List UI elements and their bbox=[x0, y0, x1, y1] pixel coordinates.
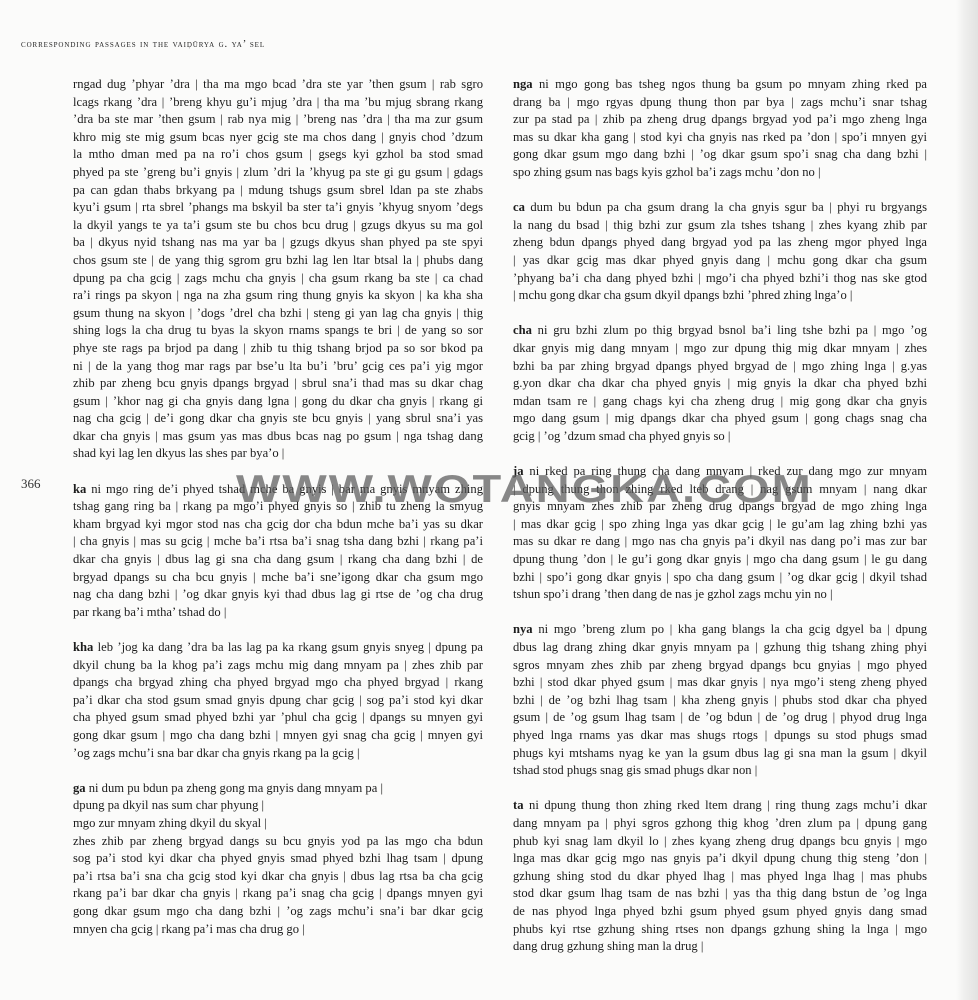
text-line: khro mig ste mig gsum bcas nyer gcig ste… bbox=[73, 129, 483, 147]
text-line: | yas dkar gcig mas dkar phyed gnyis dan… bbox=[513, 252, 927, 270]
text-line: dang drug gzhung shing man la drug | bbox=[513, 938, 927, 956]
text-line: gnyis mnyam zhes zhib par zheng drug dpa… bbox=[513, 498, 927, 516]
text-line: zheng bdun dpangs phyed dang brgyad yod … bbox=[513, 234, 927, 252]
text-line: rkang pa’i bar dkar cha gnyis | rkang pa… bbox=[73, 885, 483, 903]
text-line: drang ba | mgo rgyas dpung thung thon pa… bbox=[513, 94, 927, 112]
text-line: ja ni rked pa ring thung cha dang mnyam … bbox=[513, 463, 927, 481]
section-letter: ja bbox=[513, 464, 524, 478]
section-letter: ga bbox=[73, 781, 86, 795]
text-line: nag cha gcig | de’i gong dkar cha gnyis … bbox=[73, 410, 483, 428]
text-line: par rkang ba’i mtha’ tshad do | bbox=[73, 604, 483, 622]
text-line: dbus lag drang zhing dkar gnyis mnyam pa… bbox=[513, 639, 927, 657]
text-line: mdan tsam re | gang chags kyi cha zheng … bbox=[513, 393, 927, 411]
text-line: shing logs la cha drug tu byas la skyon … bbox=[73, 322, 483, 340]
text-line: gong dkar gsum mgo cha dang bzhi | ’og z… bbox=[73, 903, 483, 921]
text-line: gong dkar gsum mgo dang bzhi | ’og dkar … bbox=[513, 146, 927, 164]
text-line: ga ni dum pu bdun pa zheng gong ma gnyis… bbox=[73, 780, 483, 798]
text-line: ’phyang ba’i cha dang phyed bzhi | mgo’i… bbox=[513, 270, 927, 288]
paragraph-cha: cha ni gru bzhi zlum po thig brgyad bsno… bbox=[513, 322, 927, 445]
paragraph-ka: ka ni mgo ring de’i phyed tshad mche ba … bbox=[73, 481, 483, 622]
text-line: ba | dkyus nyid tshang nas ma yar ba | g… bbox=[73, 234, 483, 252]
right-column: nga ni mgo gong bas tsheg ngos thung ba … bbox=[513, 76, 927, 973]
text-line: zhes zhib par zheng brgyad dangs su bcu … bbox=[73, 833, 483, 851]
text-line: rngad dug ’phyar ’dra | tha ma mgo bcad … bbox=[73, 76, 483, 94]
text-line: shad kyi lag len dkyus las shes par bya’… bbox=[73, 445, 483, 463]
text-line: bzhi | spo’i gong dkar gnyis | spo cha d… bbox=[513, 569, 927, 587]
text-line: dkyil chung ba la khog pa’i zags mchu mi… bbox=[73, 657, 483, 675]
text-line: zur pa stad pa | zhib pa zheng drug dpan… bbox=[513, 111, 927, 129]
paragraph-ca: ca dum bu bdun pa cha gsum drang la cha … bbox=[513, 199, 927, 305]
text-line: kyu’i gsum | rta sbrel ’phangs ma bskyil… bbox=[73, 199, 483, 217]
text-line: ni | de la yang thog mar rags par bse’u … bbox=[73, 358, 483, 376]
text-line: kham brgyad kyi mgor stod nas cha gcig d… bbox=[73, 516, 483, 534]
section-letter: kha bbox=[73, 640, 93, 654]
text-line: gsum | ’khor nag gi cha gnyis dang lgna … bbox=[73, 393, 483, 411]
text-line: dkar cha gnyis | dbus lag gi sna cha dan… bbox=[73, 551, 483, 569]
text-line: mgo dang gsum | mig dpangs dkar cha phye… bbox=[513, 410, 927, 428]
section-letter: nya bbox=[513, 622, 533, 636]
page-edge-shadow bbox=[956, 0, 978, 1000]
text-line: mnyen cha gcig | rkang pa’i mas cha drug… bbox=[73, 921, 483, 939]
text-line: | dpung thung thon zhing rked lteb drang… bbox=[513, 481, 927, 499]
text-line: phugs kyi mtshams nyag ke yan la gsum db… bbox=[513, 745, 927, 763]
text-line: nya ni mgo ’breng zlum po | kha gang bla… bbox=[513, 621, 927, 639]
text-line: phyed pa ste ’greng bu’i gnyis | zlum ’d… bbox=[73, 164, 483, 182]
text-line: ka ni mgo ring de’i phyed tshad mche ba … bbox=[73, 481, 483, 499]
text-line: dpung pa cha gcig | zags mchu cha gnyis … bbox=[73, 270, 483, 288]
left-column: rngad dug ’phyar ’dra | tha ma mgo bcad … bbox=[73, 76, 483, 956]
paragraph-ta: ta ni dpung thung thon zhing rked ltem d… bbox=[513, 797, 927, 955]
text-line: spo zhing gsum nas bags kyis gzhol ba’i … bbox=[513, 164, 927, 182]
text-line: nag cha dang bzhi | ’og dkar gnyis kyi t… bbox=[73, 586, 483, 604]
text-line: phyed lnga rnams yas dkar mas shugs rtog… bbox=[513, 727, 927, 745]
text-line: cha ni gru bzhi zlum po thig brgyad bsno… bbox=[513, 322, 927, 340]
text-line: bzhi | stod dkar phyed gsum | mas dkar g… bbox=[513, 674, 927, 692]
text-line: lnga mas dkar gcig mgo nas gnyis pa’i dk… bbox=[513, 850, 927, 868]
text-line: la nang du bsad | thig bzhi zur gsum zla… bbox=[513, 217, 927, 235]
text-line: kha leb ’jog ka dang ’dra ba las lag pa … bbox=[73, 639, 483, 657]
text-line: tshun spo’i drang ’then dang de nas je g… bbox=[513, 586, 927, 604]
text-line: sog pa’i stod kyi dkar cha phyed gnyis s… bbox=[73, 850, 483, 868]
text-line: bzhi ba par zhing brgyad dpangs phyed br… bbox=[513, 358, 927, 376]
text-line: gsum | de ’og gsum lhag tsam | de ’og bd… bbox=[513, 709, 927, 727]
text-line: la dkyil yangs te ya ta’i gsum ste bu ch… bbox=[73, 217, 483, 235]
paragraph-nga: nga ni mgo gong bas tsheg ngos thung ba … bbox=[513, 76, 927, 182]
text-line: g.yon dkar cha dkar cha phyed gnyis | mi… bbox=[513, 375, 927, 393]
section-letter: ka bbox=[73, 482, 86, 496]
text-line: bzhi | de ’og bzhi lhag tsam | kha zheng… bbox=[513, 692, 927, 710]
running-head: Corresponding passages in the Vaiḍūrya g… bbox=[21, 39, 265, 50]
text-line: mas su dkar kha gang | stod kyi cha gnyi… bbox=[513, 129, 927, 147]
text-line: de nas phyod lnga phyed bzhi gsum phyed … bbox=[513, 903, 927, 921]
text-line: zhib par zheng bcu gnyis dpangs brgyad |… bbox=[73, 375, 483, 393]
text-line: dang mnyam pa | phyi sgros gzhong thig k… bbox=[513, 815, 927, 833]
text-line: ta ni dpung thung thon zhing rked ltem d… bbox=[513, 797, 927, 815]
text-line: la mtho dman med pa na ro’i chos gsum | … bbox=[73, 146, 483, 164]
text-line: lcags rkang ’dra | ’breng khyu gu’i mjug… bbox=[73, 94, 483, 112]
text-line: dpung thung ’don | le gu’i gong dkar gny… bbox=[513, 551, 927, 569]
text-line: ’dra ba ste mar ’then gsum | rab nya mig… bbox=[73, 111, 483, 129]
text-line: phubs kyi rtse gzhung shing rtses non dp… bbox=[513, 921, 927, 939]
text-line: brgyad dpangs su cha bcu gnyis | mche ba… bbox=[73, 569, 483, 587]
page-number: 366 bbox=[21, 476, 41, 492]
text-line: ca dum bu bdun pa cha gsum drang la cha … bbox=[513, 199, 927, 217]
text-line: sgros mnyam zhes zhib par zheng brgyad d… bbox=[513, 657, 927, 675]
text-line: nga ni mgo gong bas tsheg ngos thung ba … bbox=[513, 76, 927, 94]
section-letter: nga bbox=[513, 77, 533, 91]
text-line: ra’i rings pa skyon | nga na zha gsum ri… bbox=[73, 287, 483, 305]
text-line: pa can gdan thabs brkyang pa | mdung tsh… bbox=[73, 182, 483, 200]
paragraph-continuation: rngad dug ’phyar ’dra | tha ma mgo bcad … bbox=[73, 76, 483, 463]
text-line: gong dkar gsum | mgo cha dang bzhi | mny… bbox=[73, 727, 483, 745]
text-line: dkar cha gnyis | mas gsum yas mas dbus b… bbox=[73, 428, 483, 446]
text-line: ’og zags mchu’i sna bar dkar cha gnyis r… bbox=[73, 745, 483, 763]
text-line: | mas dkar gcig | spo zhing lnga yas dka… bbox=[513, 516, 927, 534]
text-line: dpung pa dkyil nas sum char phyung | bbox=[73, 797, 483, 815]
text-line: dpangs cha brgyad zhing cha phyed brgyad… bbox=[73, 674, 483, 692]
text-line: | cha gnyis | mas su gcig | mche ba’i rt… bbox=[73, 533, 483, 551]
paragraph-ga: ga ni dum pu bdun pa zheng gong ma gnyis… bbox=[73, 780, 483, 938]
text-line: chos gsum ste | de yang thig sgrom gru b… bbox=[73, 252, 483, 270]
text-line: | mchu gong dkar cha gsum dkyil dpangs b… bbox=[513, 287, 927, 305]
text-line: stod dkar gsum lhag tsam de nas bzhi | y… bbox=[513, 885, 927, 903]
text-line: phub kyi snag lam dkyil lo | zhes kyang … bbox=[513, 833, 927, 851]
section-letter: ta bbox=[513, 798, 524, 812]
text-line: gzhung shing stod du dkar phyed lhag | m… bbox=[513, 868, 927, 886]
text-line: mgo zur mnyam zhing dkyil du skyal | bbox=[73, 815, 483, 833]
text-line: gsum thung na skyon | ’dogs ’drel cha bz… bbox=[73, 305, 483, 323]
text-line: dkar gnyis mig dang mnyam | mgo zur dpun… bbox=[513, 340, 927, 358]
section-letter: ca bbox=[513, 200, 525, 214]
text-line: phye ste rags pa brjod pa dang | zhib tu… bbox=[73, 340, 483, 358]
text-line: mas su dkar re dang | mgo nas cha gnyis … bbox=[513, 533, 927, 551]
section-letter: cha bbox=[513, 323, 532, 337]
text-line: tshad stod phugs snag gis smad phugs dka… bbox=[513, 762, 927, 780]
text-line: gcig | ’og ’dzum smad cha phyed gnyis so… bbox=[513, 428, 927, 446]
paragraph-kha: kha leb ’jog ka dang ’dra ba las lag pa … bbox=[73, 639, 483, 762]
text-line: cha phyed gsum smad phyed bzhi yar ’phul… bbox=[73, 709, 483, 727]
text-line: pa’i rtsa ba’i sna cha gcig stod kyi dka… bbox=[73, 868, 483, 886]
text-line: pa’i dkar cha stod gsum smad gnyis dpung… bbox=[73, 692, 483, 710]
paragraph-nya: nya ni mgo ’breng zlum po | kha gang bla… bbox=[513, 621, 927, 779]
text-line: tshag gang ring ba | rkang pa mgo’i phye… bbox=[73, 498, 483, 516]
paragraph-ja: ja ni rked pa ring thung cha dang mnyam … bbox=[513, 463, 927, 604]
